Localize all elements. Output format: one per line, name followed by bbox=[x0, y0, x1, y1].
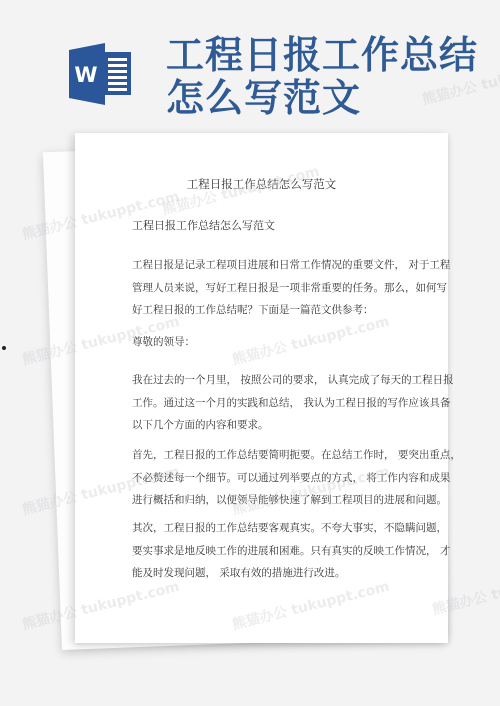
title-line-2: 怎么写范文 bbox=[166, 77, 478, 120]
title-line-1: 工程日报工作总结 bbox=[166, 34, 478, 77]
header: W 工程日报工作总结 怎么写范文 bbox=[0, 0, 500, 130]
word-document-icon: W bbox=[69, 43, 133, 105]
document-page: 工程日报工作总结怎么写范文 工程日报工作总结怎么写范文 工程日报是记录工程项目进… bbox=[75, 133, 448, 643]
bullet-dot bbox=[2, 346, 6, 350]
paragraph-salutation: 尊敬的领导： bbox=[132, 331, 382, 354]
paragraph-body-2: 首先，工程日报的工作总结要简明扼要。在总结工作时， 要突出重点， 不必赘述每一个… bbox=[132, 444, 382, 512]
paragraph-body-1: 我在过去的一个月里， 按照公司的要求， 认真完成了每天的工程日报 工作。通过这一… bbox=[132, 369, 382, 437]
svg-text:W: W bbox=[74, 63, 97, 87]
document-preview: W 工程日报工作总结 怎么写范文 工程日报工作总结怎么写范文 工程日报工作总结怎… bbox=[0, 0, 500, 706]
page-title: 工程日报工作总结 怎么写范文 bbox=[166, 34, 478, 120]
document-content: 工程日报工作总结怎么写范文 工程日报工作总结怎么写范文 工程日报是记录工程项目进… bbox=[75, 133, 448, 643]
document-subtitle: 工程日报工作总结怎么写范文 bbox=[132, 217, 275, 233]
paragraph-intro: 工程日报是记录工程项目进展和日常工作情况的重要文件， 对于工程 管理人员来说，写… bbox=[132, 254, 382, 322]
paragraph-body-3: 其次，工程日报的工作总结要客观真实。不夸大事实，不隐瞒问题， 要实事求是地反映工… bbox=[132, 517, 382, 585]
document-title: 工程日报工作总结怎么写范文 bbox=[75, 176, 448, 192]
